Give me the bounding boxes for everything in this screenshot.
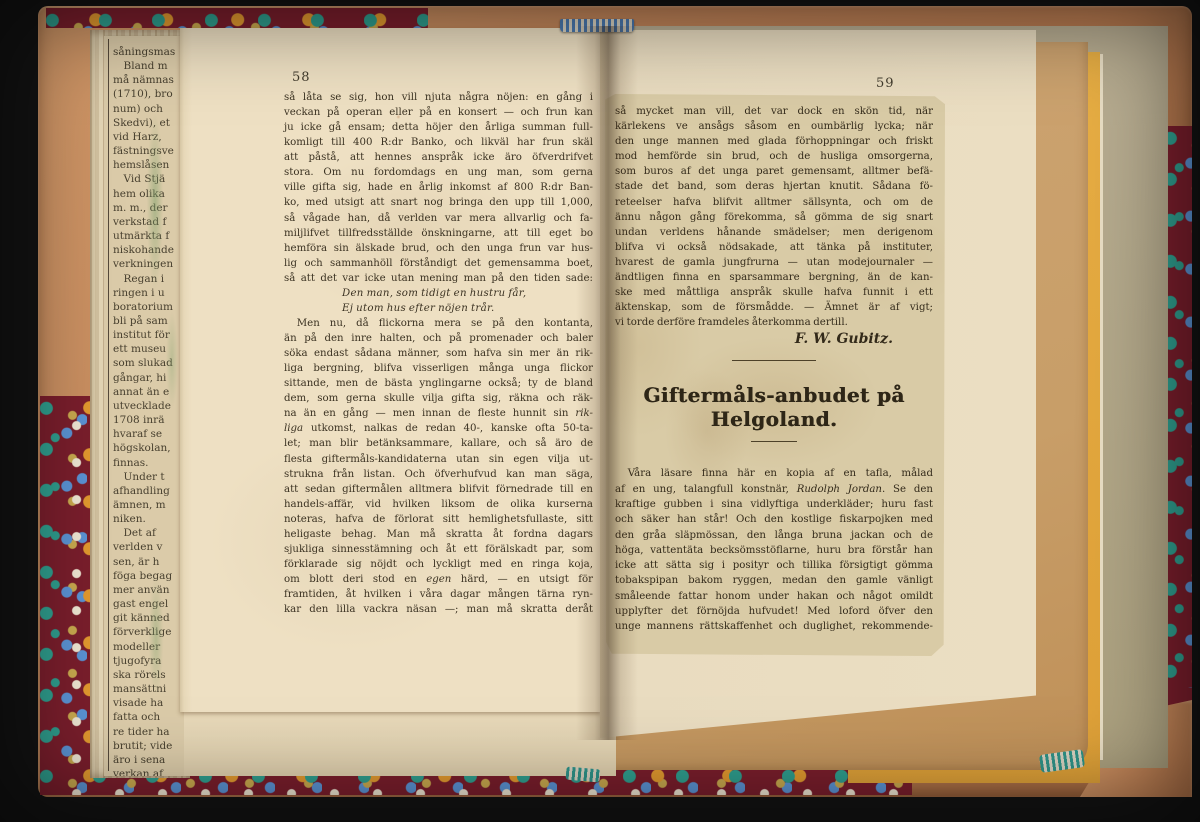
text-line: Våra läsare finna här en kopia af en taf… bbox=[615, 466, 933, 481]
text-line: äktenskap, som de försmådde. — Ämnet är … bbox=[615, 300, 933, 315]
text-line: veckan på operan eller på en konsert — o… bbox=[284, 105, 593, 120]
text-line: lig och sammanhöll förståndigt det gemen… bbox=[284, 256, 593, 271]
text-line: så mycket man vill, det var dock en skön… bbox=[615, 104, 933, 119]
text-line: kraftige gubben i sina vidlyftiga underk… bbox=[615, 497, 933, 512]
text-line: verkan af bbox=[113, 767, 188, 776]
text-line: vi torde derföre framdeles återkomma der… bbox=[615, 315, 933, 330]
text-line: mod hemförde sin brud, och de husliga om… bbox=[615, 149, 933, 164]
text-line: så låta se sig, hon vill njuta några nöj… bbox=[284, 90, 593, 105]
text-line: Bland m bbox=[113, 59, 188, 73]
text-line: så vågade han, då verlden var mera allva… bbox=[284, 211, 593, 226]
text-line: kar den lilla vackra näsan —; man må skr… bbox=[284, 602, 593, 617]
text-line: hvarest de gamla jungfrurna — utan modej… bbox=[615, 255, 933, 270]
text-line: tjugofyra bbox=[113, 654, 188, 668]
text-line: mer använ bbox=[113, 583, 188, 597]
text-line: ett museu bbox=[113, 342, 188, 356]
text-line: ju icke gå ensam; detta höjer den årliga… bbox=[284, 120, 593, 135]
text-line: såningsmas bbox=[113, 45, 188, 59]
newspaper-clipping-strip: såningsmasBland mmå nämnas(1710), bronum… bbox=[104, 36, 188, 776]
spine-headband-top bbox=[560, 19, 634, 32]
clipping-text-column: såningsmasBland mmå nämnas(1710), bronum… bbox=[113, 45, 188, 776]
marbled-edge-top bbox=[46, 8, 428, 28]
text-line: utmärkta f bbox=[113, 229, 188, 243]
text-line: verlden v bbox=[113, 540, 188, 554]
text-line: ändtligen finna en sparsammare bergning,… bbox=[615, 270, 933, 285]
text-line: afhandling bbox=[113, 484, 188, 498]
text-line: handels-affär, vid hvilken liksom de oli… bbox=[284, 497, 593, 512]
page-number-59: 59 bbox=[876, 76, 895, 91]
text-line: re tider ha bbox=[113, 725, 188, 739]
text-line: Ej utom hus efter nöjen trår. bbox=[284, 301, 593, 316]
text-line: ko, med utsigt att snart nog bringa den … bbox=[284, 195, 593, 210]
text-line: miljlifvet tillfredsställde önskningarne… bbox=[284, 226, 593, 241]
text-line: som slukad bbox=[113, 356, 188, 370]
text-line: Regan i bbox=[113, 272, 188, 286]
text-line: undan verldens hånande smädelser; men de… bbox=[615, 225, 933, 240]
photo-background: såningsmasBland mmå nämnas(1710), bronum… bbox=[0, 0, 1200, 822]
text-line: reteelser hafva blifvit alltmer sällsynt… bbox=[615, 195, 933, 210]
text-line: kärlekens ve ansågs såsom en oumbärlig l… bbox=[615, 119, 933, 134]
text-line: äro i sena bbox=[113, 753, 188, 767]
text-line: niskohande bbox=[113, 243, 188, 257]
text-line: (1710), bro bbox=[113, 87, 188, 101]
text-line: tobakspipan bakom ryggen, medan den gaml… bbox=[615, 573, 933, 588]
page-number-58: 58 bbox=[292, 70, 311, 85]
text-line: m. m., der bbox=[113, 201, 188, 215]
text-line: strukna från listan. Och öfverhufvud kan… bbox=[284, 467, 593, 482]
text-line: stora. Om nu fordomdags en ung man, som … bbox=[284, 165, 593, 180]
text-line: verkstad f bbox=[113, 215, 188, 229]
text-line: visade ha bbox=[113, 696, 188, 710]
text-line: den gråa släpmössan, den långa bruna jac… bbox=[615, 528, 933, 543]
text-line: hemföra sin älskade brud, och den unga f… bbox=[284, 241, 593, 256]
page-59-body-column: Våra läsare finna här en kopia af en taf… bbox=[615, 466, 933, 634]
text-line: hem olika bbox=[113, 187, 188, 201]
text-line: ringen i u bbox=[113, 286, 188, 300]
text-line: föga begag bbox=[113, 569, 188, 583]
text-line: let; man blir betänksammare, kallare, oc… bbox=[284, 436, 593, 451]
text-line: stade det band, som deras hjertan knutit… bbox=[615, 179, 933, 194]
text-line: Men nu, då flickorna mera se på den kont… bbox=[284, 316, 593, 331]
text-line: institut för bbox=[113, 328, 188, 342]
text-line: 1708 inrä bbox=[113, 413, 188, 427]
text-line: småleende fattar honom under hakan och n… bbox=[615, 589, 933, 604]
text-line: förklarade sig nöjdt och lyckligt med en… bbox=[284, 557, 593, 572]
page-59-intro-column: så mycket man vill, det var dock en skön… bbox=[615, 104, 933, 330]
text-line: sjukliga sinnesstämning och åt ett föräl… bbox=[284, 542, 593, 557]
text-line: ämnen, m bbox=[113, 498, 188, 512]
text-line: git känned bbox=[113, 611, 188, 625]
text-line: ske med måttliga anspråk skulle hafva fu… bbox=[615, 285, 933, 300]
text-line: Den man, som tidigt en hustru får, bbox=[284, 286, 593, 301]
text-line: bli på sam bbox=[113, 314, 188, 328]
text-line: sittande, men de bästa ynglingarne också… bbox=[284, 376, 593, 391]
text-line: Skedvi), et bbox=[113, 116, 188, 130]
author-signature: F. W. Gubitz. bbox=[615, 331, 893, 347]
text-line: ännu någon gång förekomma, så gömma de s… bbox=[615, 210, 933, 225]
text-line: så att det var icke utan mening man på d… bbox=[284, 271, 593, 286]
text-line: flesta giftermåls-kandidaterna utan sin … bbox=[284, 452, 593, 467]
text-line: som buros af det unga paret gemensamt, a… bbox=[615, 164, 933, 179]
text-line: gast engel bbox=[113, 597, 188, 611]
text-line: än på den inre halten, och på promenader… bbox=[284, 331, 593, 346]
pasted-clipping: så mycket man vill, det var dock en skön… bbox=[605, 94, 945, 656]
text-line: den unge mannen med glada förhoppningar … bbox=[615, 134, 933, 149]
text-line: hvaraf se bbox=[113, 427, 188, 441]
heading-divider bbox=[751, 441, 797, 442]
text-line: blifva vi också nödsakade, att tänka på … bbox=[615, 240, 933, 255]
text-line: höga, vattentäta becksömsstöflarne, huru… bbox=[615, 543, 933, 558]
text-line: heligaste behag. Man må skratta åt fordn… bbox=[284, 527, 593, 542]
text-line: niken. bbox=[113, 512, 188, 526]
marbled-edge-right bbox=[1164, 126, 1192, 706]
text-line: komligt till 400 R:dr Banko, och likväl … bbox=[284, 135, 593, 150]
text-line: Vid Stjä bbox=[113, 172, 188, 186]
left-page: 58 så låta se sig, hon vill njuta några … bbox=[180, 28, 600, 712]
text-line: unge mannens rättskaffenhet och duglighe… bbox=[615, 619, 933, 634]
text-line: må nämnas bbox=[113, 73, 188, 87]
column-rule bbox=[108, 39, 109, 771]
text-line: att påstå, att hennes anspråk icke äro ö… bbox=[284, 150, 593, 165]
section-divider bbox=[732, 360, 816, 361]
text-line: brutit; vide bbox=[113, 739, 188, 753]
text-line: af en ung, talangfull konstnär, Rudolph … bbox=[615, 482, 933, 497]
text-line: upplyfter det förnöjda hufvudet! Med lof… bbox=[615, 604, 933, 619]
text-line: hemslåsen bbox=[113, 158, 188, 172]
right-page: 59 så mycket man vill, det var dock en s… bbox=[600, 30, 1036, 738]
text-line: verkningen bbox=[113, 257, 188, 271]
text-line: ville gifta sig, hade en årlig inkomst a… bbox=[284, 180, 593, 195]
text-line: högskolan, bbox=[113, 441, 188, 455]
text-line: vid Harz, bbox=[113, 130, 188, 144]
text-line: gångar, hi bbox=[113, 371, 188, 385]
text-line: söka endast sådana männer, som hafva sin… bbox=[284, 346, 593, 361]
text-line: förverklige bbox=[113, 625, 188, 639]
text-line: liga utkomst, nalkas de redan 40-, kansk… bbox=[284, 421, 593, 436]
text-line: boratorium bbox=[113, 300, 188, 314]
text-line: och säker han står! Och den kostlige fis… bbox=[615, 512, 933, 527]
text-line: modeller bbox=[113, 640, 188, 654]
text-line: icke att sätta sig i posityr och tillika… bbox=[615, 558, 933, 573]
page-58-text-column: så låta se sig, hon vill njuta några nöj… bbox=[284, 90, 593, 617]
text-line: ska rörels bbox=[113, 668, 188, 682]
text-line: att sedan giftermålen alltmera blifvit f… bbox=[284, 482, 593, 497]
text-line: Det af bbox=[113, 526, 188, 540]
text-line: dem, som gerna skulle vilja gifta sig, r… bbox=[284, 391, 593, 406]
text-line: fästningsve bbox=[113, 144, 188, 158]
text-line: num) och bbox=[113, 102, 188, 116]
text-line: liga bergning, blifva visserligen många … bbox=[284, 361, 593, 376]
section-heading: Giftermåls-anbudet på Helgoland. bbox=[615, 383, 933, 431]
text-line: Under t bbox=[113, 470, 188, 484]
text-line: fatta och bbox=[113, 710, 188, 724]
text-line: noteras, hafva de förlorat sitt hemlighe… bbox=[284, 512, 593, 527]
text-line: na än en gång — men innan de fleste hunn… bbox=[284, 406, 593, 421]
text-line: utvecklade bbox=[113, 399, 188, 413]
text-line: framtiden, åt hvilken i våra dagar månge… bbox=[284, 587, 593, 602]
text-line: mansättni bbox=[113, 682, 188, 696]
text-line: sen, är h bbox=[113, 555, 188, 569]
text-line: annat än e bbox=[113, 385, 188, 399]
text-line: finnas. bbox=[113, 456, 188, 470]
text-line: om blott deri stod en egen härd, — en ut… bbox=[284, 572, 593, 587]
